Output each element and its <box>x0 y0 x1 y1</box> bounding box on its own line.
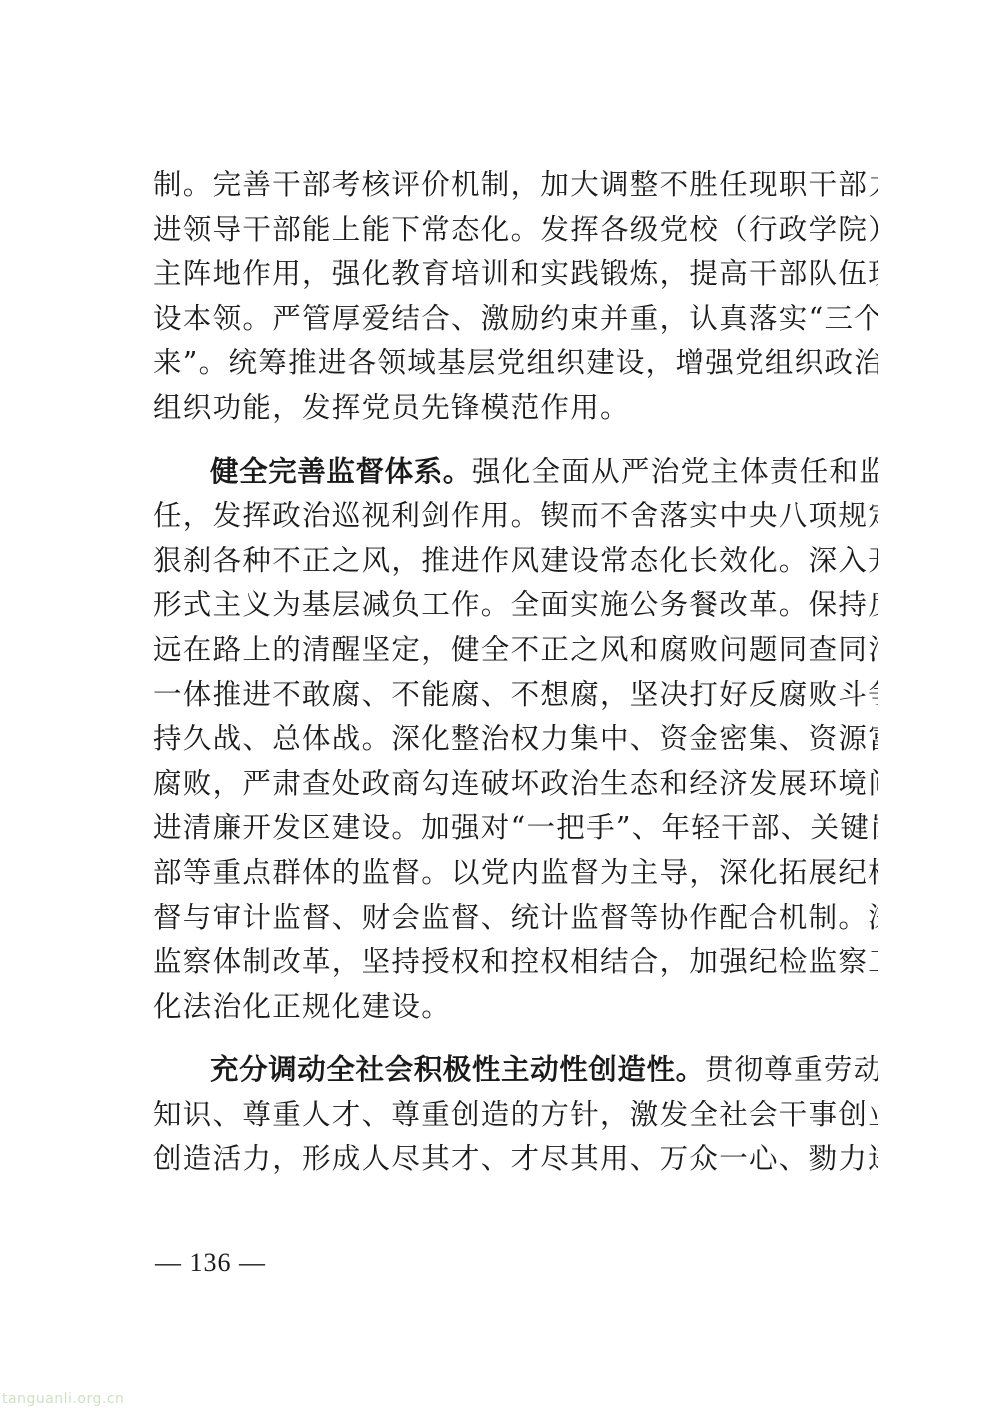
text-line: 形式主义为基层减负工作。全面实施公务餐改革。保持反腐败永 <box>153 583 878 628</box>
text-line: 来”。统筹推进各领域基层党组织建设，增强党组织政治功能和 <box>153 341 878 386</box>
paragraph-gap <box>153 431 878 450</box>
text-line: 督与审计监督、财会监督、统计监督等协作配合机制。深化纪检 <box>153 896 878 941</box>
text-line: 设本领。严管厚爱结合、激励约束并重，认真落实“三个区分开 <box>153 297 878 342</box>
document-page: 制。完善干部考核评价机制，加大调整不胜任现职干部力度，推 进领导干部能上能下常态… <box>153 163 878 1182</box>
text-line: 充分调动全社会积极性主动性创造性。贯彻尊重劳动、尊重 <box>153 1048 878 1093</box>
text-line: 进清廉开发区建设。加强对“一把手”、年轻干部、关键岗位干 <box>153 806 878 851</box>
text-line: 制。完善干部考核评价机制，加大调整不胜任现职干部力度，推 <box>153 163 878 208</box>
paragraph-cadre-management: 制。完善干部考核评价机制，加大调整不胜任现职干部力度，推 进领导干部能上能下常态… <box>153 163 878 431</box>
text-line: 创造活力，形成人尽其才、才尽其用、万众一心、勠力进取的生 <box>153 1137 878 1182</box>
text-line: 任，发挥政治巡视利剑作用。锲而不舍落实中央八项规定精神， <box>153 494 878 539</box>
text-line: 部等重点群体的监督。以党内监督为主导，深化拓展纪检监察监 <box>153 851 878 896</box>
text-line: 一体推进不敢腐、不能腐、不想腐，坚决打好反腐败斗争攻坚战、 <box>153 673 878 718</box>
paragraph-heading: 充分调动全社会积极性主动性创造性。 <box>210 1053 705 1086</box>
text-line: 远在路上的清醒坚定，健全不正之风和腐败问题同查同治机制， <box>153 628 878 673</box>
text-line: 健全完善监督体系。强化全面从严治党主体责任和监督责 <box>153 450 878 495</box>
text-line: 主阵地作用，强化教育培训和实践锻炼，提高干部队伍现代化建 <box>153 252 878 297</box>
text-line: 知识、尊重人才、尊重创造的方针，激发全社会干事创业、创新 <box>153 1093 878 1138</box>
page-number: — 136 — <box>155 1248 266 1278</box>
watermark: tanguanli.org.cn <box>2 1391 124 1407</box>
text-span: 贯彻尊重劳动、尊重 <box>705 1053 878 1086</box>
text-line: 持久战、总体战。深化整治权力集中、资金密集、资源富集领域 <box>153 717 878 762</box>
paragraph-gap <box>153 1029 878 1048</box>
text-line: 进领导干部能上能下常态化。发挥各级党校（行政学院）主渠道 <box>153 208 878 253</box>
text-line: 监察体制改革，坚持授权和控权相结合，加强纪检监察工作规范 <box>153 940 878 985</box>
text-line: 狠刹各种不正之风，推进作风建设常态化长效化。深入开展整治 <box>153 539 878 584</box>
text-line: 组织功能，发挥党员先锋模范作用。 <box>153 386 878 431</box>
text-line: 腐败，严肃查处政商勾连破坏政治生态和经济发展环境问题。推 <box>153 762 878 807</box>
paragraph-supervision-system: 健全完善监督体系。强化全面从严治党主体责任和监督责 任，发挥政治巡视利剑作用。锲… <box>153 450 878 1030</box>
paragraph-heading: 健全完善监督体系。 <box>210 455 472 488</box>
paragraph-social-enthusiasm: 充分调动全社会积极性主动性创造性。贯彻尊重劳动、尊重 知识、尊重人才、尊重创造的… <box>153 1048 878 1182</box>
text-span: 强化全面从严治党主体责任和监督责 <box>472 455 878 488</box>
text-line: 化法治化正规化建设。 <box>153 985 878 1030</box>
